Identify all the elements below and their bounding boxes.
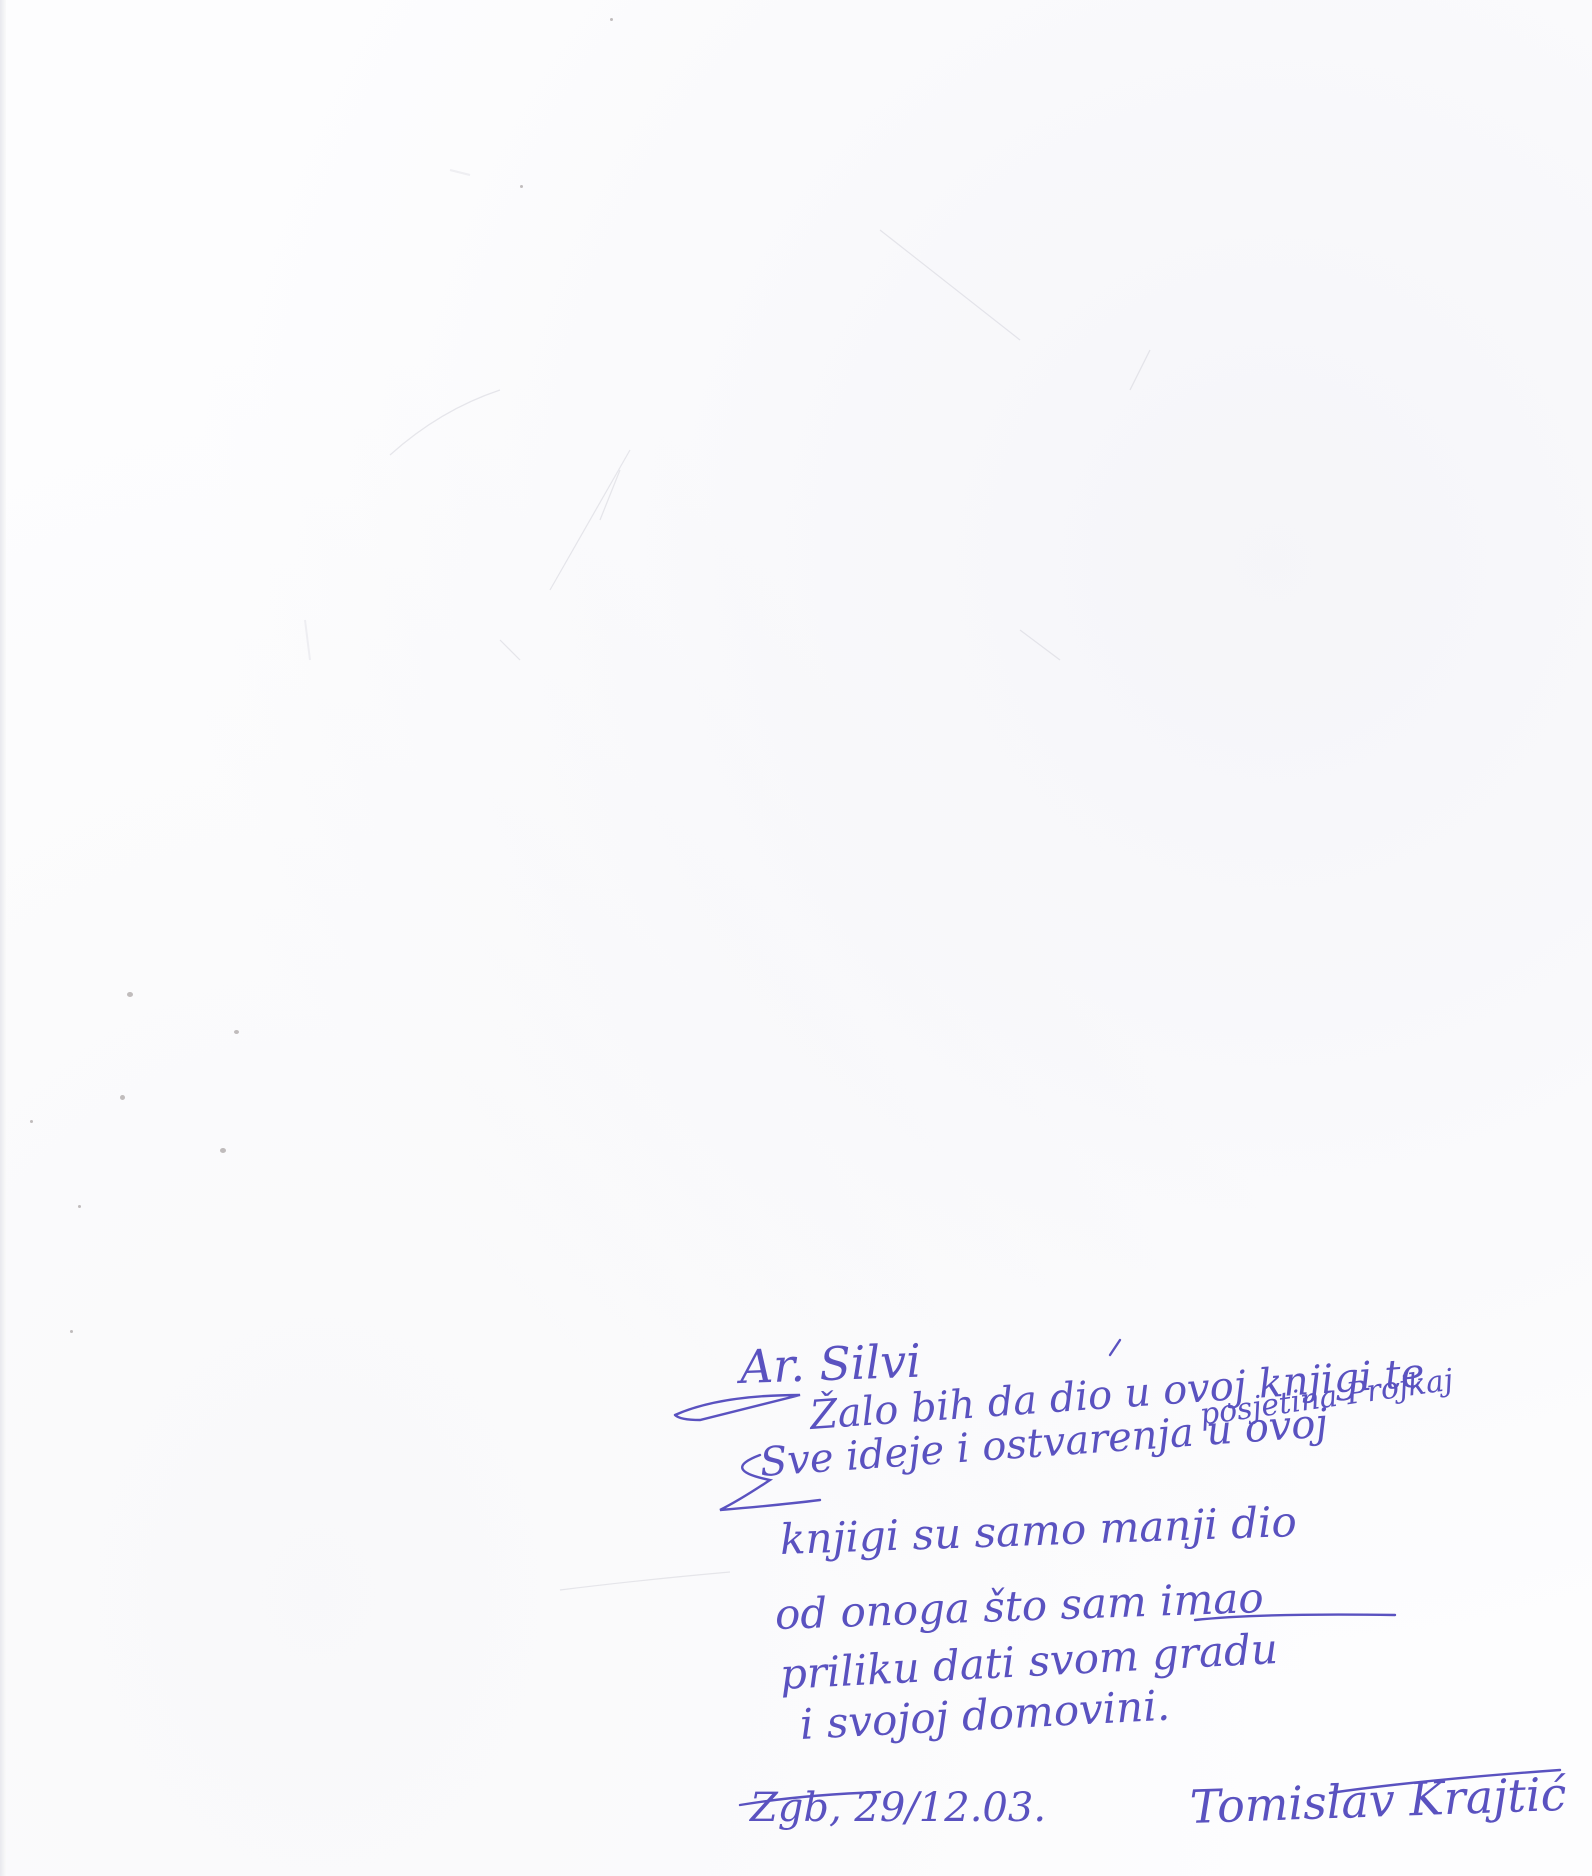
- handwritten-dedication: Ar. Silvi Žalo bih da dio u ovoj knjigi …: [0, 0, 1592, 1876]
- book-page: Ar. Silvi Žalo bih da dio u ovoj knjigi …: [0, 0, 1592, 1876]
- dedication-line: knjigi su samo manji dio: [779, 1497, 1297, 1564]
- author-signature: Tomislav Krajtić: [1189, 1767, 1567, 1834]
- dedication-salutation: Ar. Silvi: [739, 1334, 922, 1394]
- place-and-date: Zgb, 29/12.03.: [750, 1785, 1046, 1831]
